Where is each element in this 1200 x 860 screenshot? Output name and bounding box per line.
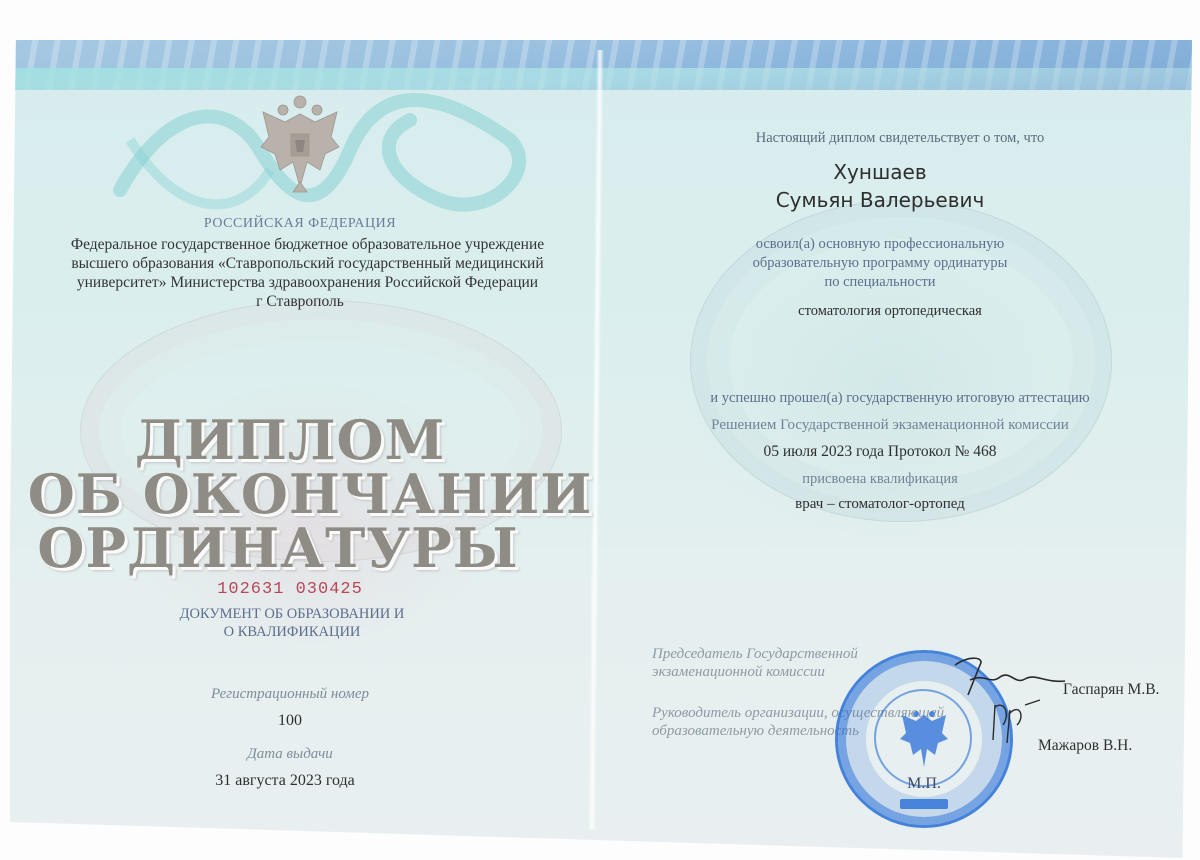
qualification: врач – стоматолог-ортопед (620, 496, 1140, 513)
graduate-surname: Хуншаев (620, 160, 1140, 184)
diploma-title-line-3: ОРДИНАТУРЫ (0, 516, 578, 580)
organization-line-1: Федеральное государственное бюджетное об… (0, 236, 615, 254)
organization-line-2: высшего образования «Ставропольский госу… (0, 255, 615, 273)
certification-intro: Настоящий диплом свидетельствует о том, … (620, 130, 1180, 147)
head-signature (985, 695, 1045, 745)
specialty: стоматология ортопедическая (620, 303, 1160, 320)
chair-name: Гаспарян М.В. (1063, 681, 1159, 699)
seal-bar (900, 799, 948, 809)
serial-number: 102631 030425 (0, 580, 590, 599)
protocol-date-number: 05 июля 2023 года Протокол № 468 (620, 443, 1140, 461)
head-name: Мажаров В.Н. (1038, 737, 1132, 755)
document-type-line-1: ДОКУМЕНТ ОБ ОБРАЗОВАНИИ И (0, 606, 592, 623)
chair-role-line-1: Председатель Государственной (652, 646, 858, 663)
registration-number-label: Регистрационный номер (0, 686, 590, 703)
chair-signature (940, 655, 1070, 700)
organization-line-3: университет» Министерства здравоохранени… (0, 274, 615, 292)
program-line-2: образовательную программу ординатуры (620, 255, 1140, 272)
attestation-statement: и успешно прошел(а) государственную итог… (620, 390, 1180, 407)
chair-role-line-2: экзаменационной комиссии (652, 664, 825, 681)
issue-date: 31 августа 2023 года (0, 772, 585, 790)
program-line-3: по специальности (620, 274, 1140, 291)
graduate-given-names: Сумьян Валерьевич (620, 188, 1140, 212)
issue-date-label: Дата выдачи (0, 746, 590, 763)
seal-eagle-icon (896, 709, 952, 771)
organization-city: г Ставрополь (0, 293, 600, 311)
country-label: РОССИЙСКАЯ ФЕДЕРАЦИЯ (0, 216, 600, 232)
document-type-line-2: О КВАЛИФИКАЦИИ (0, 624, 592, 641)
commission-decision: Решением Государственной экзаменационной… (620, 417, 1160, 434)
seal-mark: М.П. (838, 775, 1010, 793)
registration-number: 100 (0, 712, 590, 730)
program-line-1: освоил(а) основную профессиональную (620, 236, 1140, 253)
qualification-label: присвоена квалификация (620, 471, 1140, 488)
head-role-line-2: образовательную деятельность (652, 723, 859, 740)
russian-coat-of-arms-icon (255, 92, 345, 202)
